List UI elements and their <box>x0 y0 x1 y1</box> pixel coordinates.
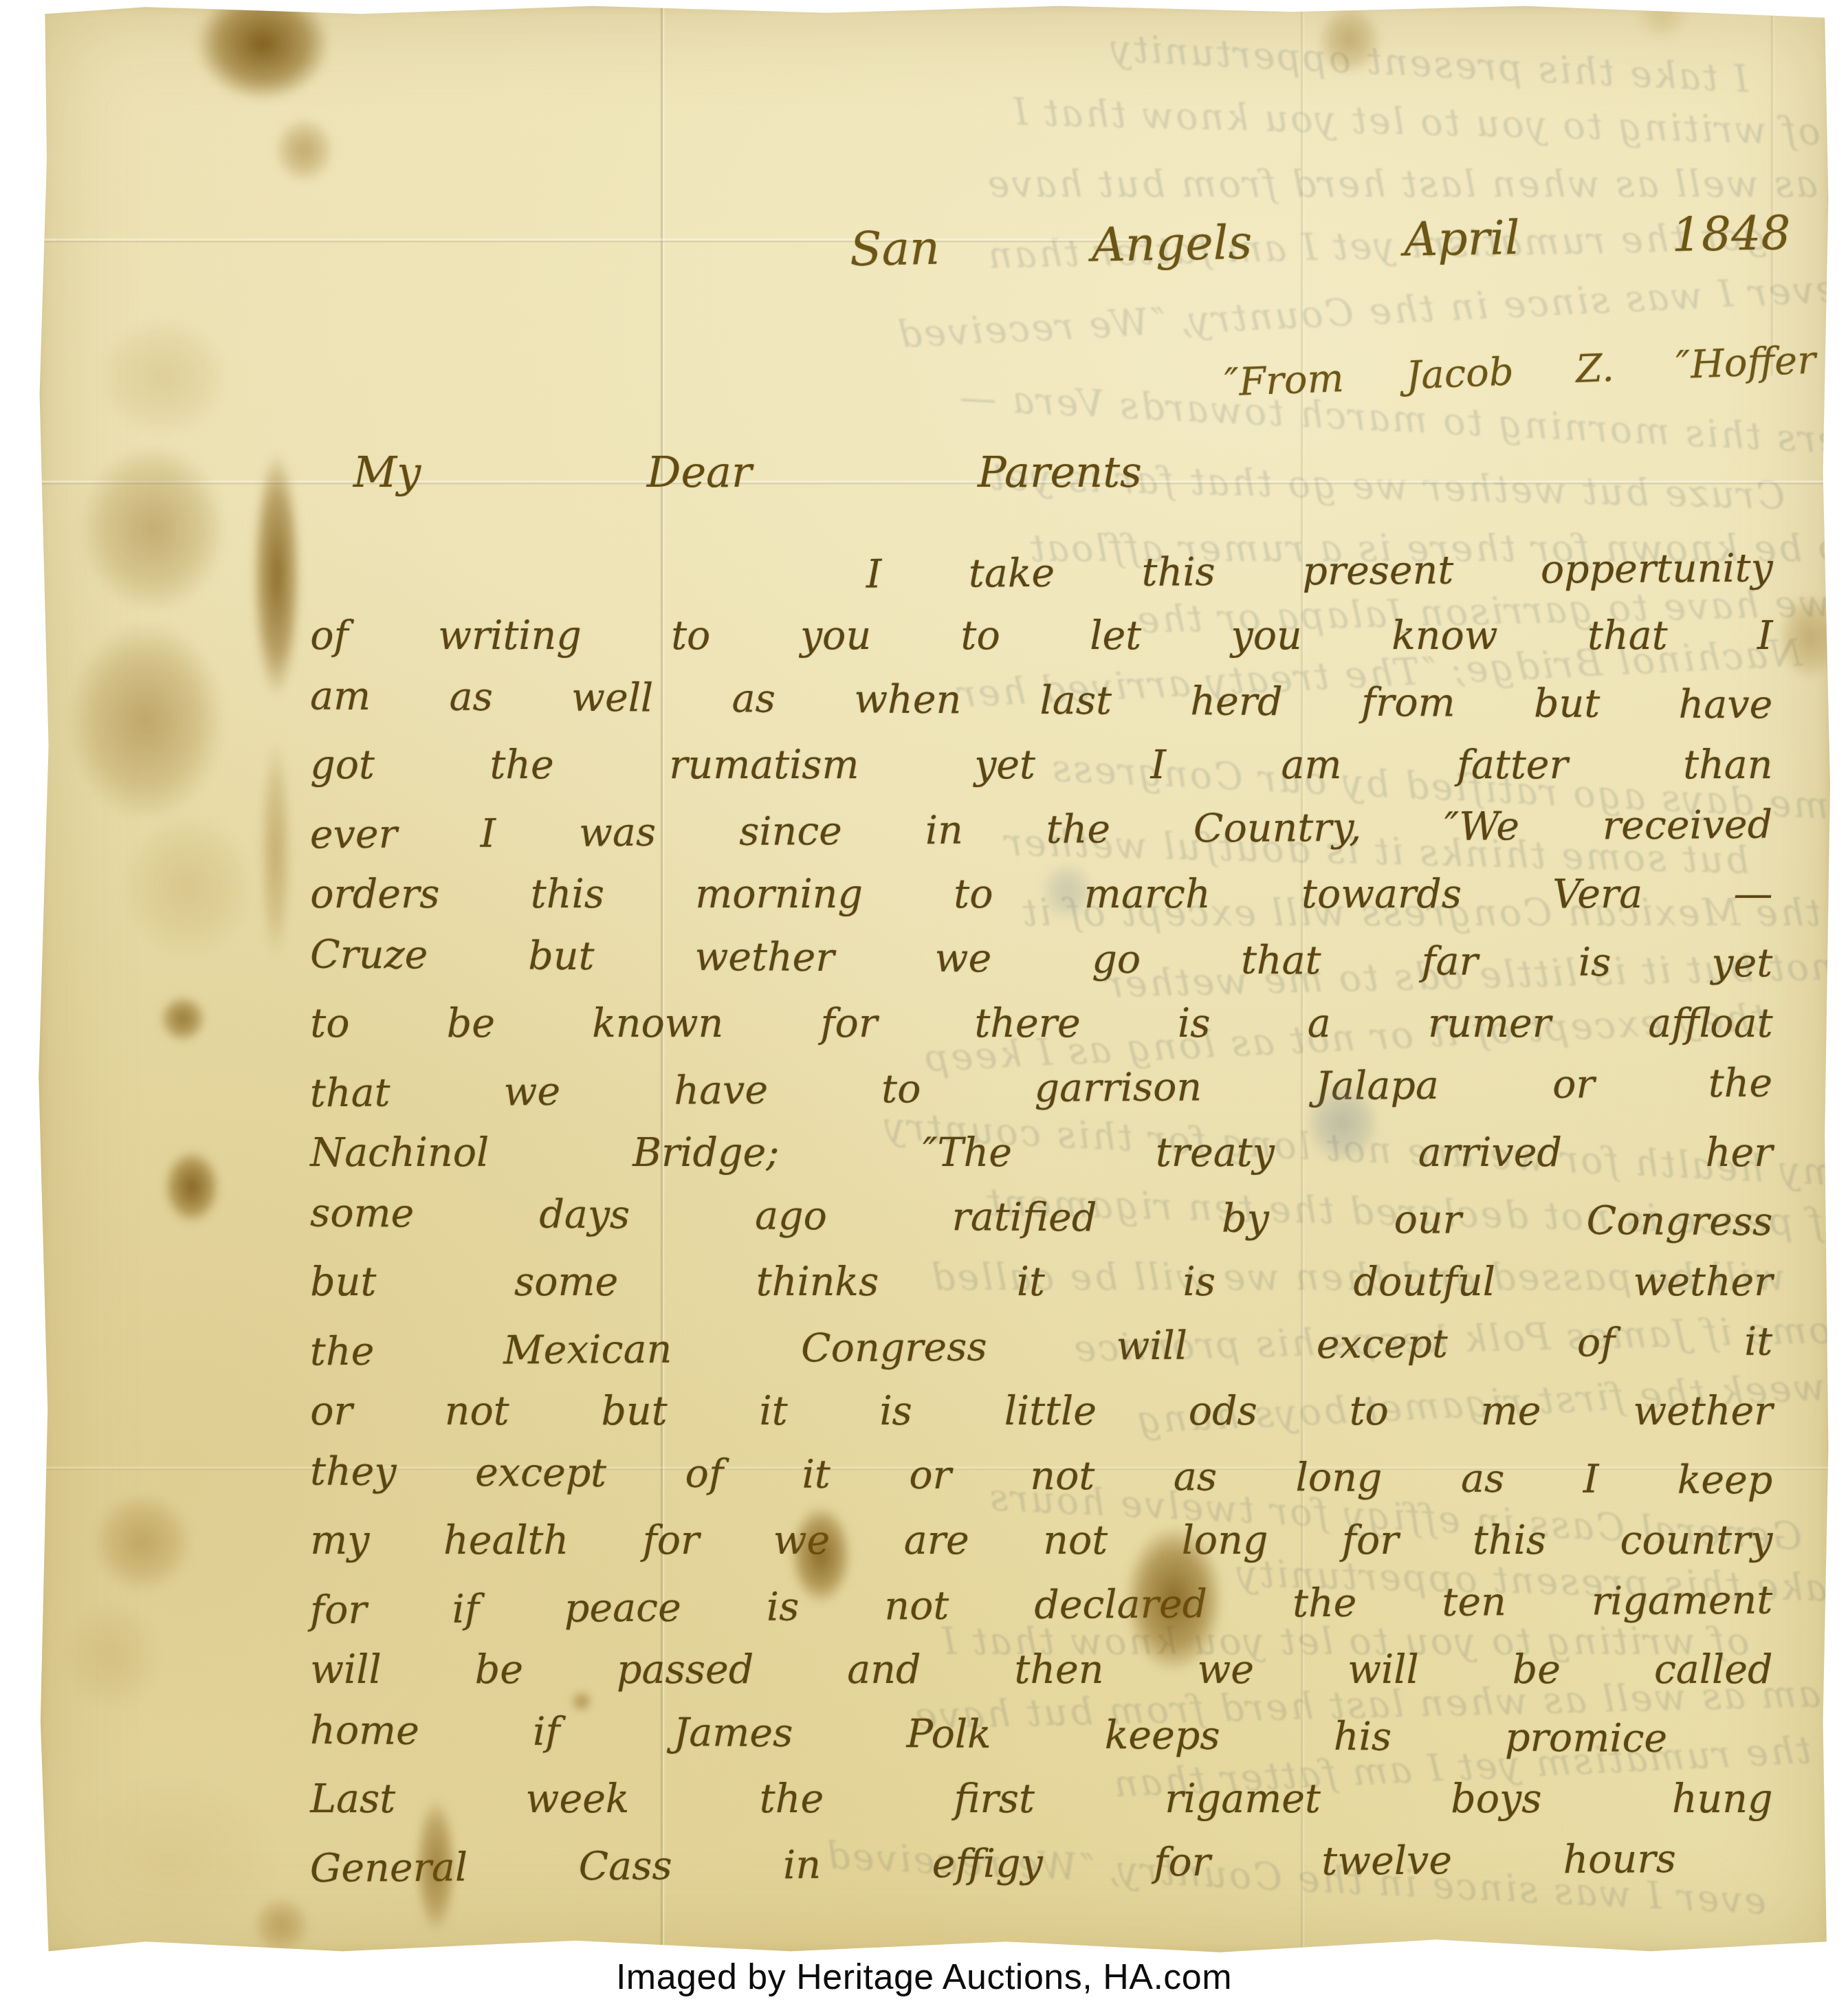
word: not <box>1043 1518 1108 1563</box>
word: some <box>514 1259 618 1305</box>
word: received <box>1603 802 1773 849</box>
word: home <box>310 1708 419 1754</box>
word: our <box>1394 1197 1462 1243</box>
word: we <box>935 936 992 982</box>
word: Parents <box>978 447 1142 497</box>
word: ″The <box>923 1130 1012 1176</box>
word: or <box>1552 1061 1595 1107</box>
word: General <box>310 1845 468 1891</box>
word: this <box>1141 549 1215 595</box>
word: passed <box>617 1647 753 1693</box>
letter-line: GeneralCassineffigyfortwelvehours <box>310 1836 1677 1911</box>
letter-line: ordersthismorningtomarchtowardsVera— <box>310 872 1772 936</box>
word: there <box>974 1001 1080 1046</box>
word: have <box>674 1068 768 1114</box>
word: since <box>739 808 842 855</box>
word: take <box>968 551 1055 597</box>
dateline-year: 1848 <box>1671 206 1791 263</box>
letter-line: Itakethispresentoppertunity <box>866 545 1773 616</box>
word: first <box>954 1776 1034 1822</box>
word: keep <box>1677 1457 1773 1504</box>
word: I <box>866 551 881 597</box>
auction-house-caption: Imaged by Heritage Auctions, HA.com <box>0 1957 1848 1998</box>
word: are <box>904 1518 969 1563</box>
word: called <box>1654 1647 1773 1693</box>
word: towards <box>1301 872 1462 917</box>
salutation: MyDearParents <box>353 447 1142 497</box>
letter-paper: I take this present oppertunityof writin… <box>38 4 1830 1955</box>
word: Vera <box>1552 872 1642 917</box>
word: Polk <box>907 1711 992 1757</box>
word: as <box>450 674 494 720</box>
word: wether <box>1633 1259 1772 1305</box>
word: ods <box>1189 1389 1257 1434</box>
letter-line: ofwritingtoyoutoletyouknowthatI <box>310 613 1772 678</box>
word: of <box>310 613 348 659</box>
word: declared <box>1034 1581 1207 1628</box>
word: except <box>475 1450 606 1496</box>
word: thinks <box>756 1259 879 1305</box>
word: country <box>1620 1518 1773 1563</box>
scan-stage: I take this present oppertunityof writin… <box>0 0 1848 2004</box>
word: this <box>531 872 604 917</box>
word: be <box>1512 1647 1561 1693</box>
word: ten <box>1442 1579 1506 1625</box>
word: Bridge; <box>632 1130 779 1176</box>
word: be <box>475 1647 523 1693</box>
letter-body: Itakethispresentoppertunityofwritingtoyo… <box>310 549 1772 1906</box>
word: as <box>732 676 776 721</box>
word: that <box>310 1070 390 1116</box>
word: effigy <box>932 1840 1044 1886</box>
word: health <box>443 1518 569 1563</box>
word: far <box>1422 938 1479 984</box>
letter-line: Cruzebutwetherwegothatfarisyet <box>310 932 1773 1006</box>
word: hung <box>1672 1776 1773 1822</box>
word: Cass <box>579 1843 673 1889</box>
word: yet <box>974 742 1035 788</box>
word: Z. <box>1575 346 1615 392</box>
letter-line: butsomethinksitisdoutfulwether <box>310 1259 1772 1324</box>
from-line: ″FromJacobZ.″Hoffer <box>1224 338 1816 406</box>
word: to <box>954 872 993 917</box>
word: to <box>310 1001 349 1046</box>
word: but <box>601 1389 667 1434</box>
word: present <box>1302 548 1454 595</box>
word: wether <box>695 934 835 980</box>
word: morning <box>695 872 863 917</box>
word: days <box>539 1192 630 1238</box>
word: Cruze <box>310 932 428 978</box>
word: his <box>1334 1714 1392 1760</box>
word: Congress <box>1587 1198 1773 1245</box>
word: the <box>760 1776 824 1822</box>
word: I <box>1757 613 1773 659</box>
word: ″From <box>1224 356 1345 406</box>
word: let <box>1090 613 1141 659</box>
word: for <box>310 1587 367 1633</box>
word: rigament <box>1592 1578 1773 1625</box>
word: will <box>1347 1647 1418 1693</box>
word: is <box>1178 1001 1210 1046</box>
letter-line: tobeknownforthereisarumeraffloat <box>310 1001 1772 1066</box>
dateline-place2: Angels <box>1091 216 1253 273</box>
letter-line: thatwehavetogarrisonJalapaorthe <box>310 1061 1773 1136</box>
word: got <box>310 742 375 788</box>
word: my <box>310 1518 369 1563</box>
word: Country, <box>1193 805 1362 852</box>
word: long <box>1296 1455 1383 1501</box>
letter-line: everIwassinceintheCountry,″Wereceived <box>310 802 1773 877</box>
word: the <box>1292 1581 1357 1627</box>
word: Congress <box>801 1325 987 1372</box>
word: to <box>1350 1389 1389 1434</box>
word: Mexican <box>503 1327 672 1374</box>
word: go <box>1092 936 1141 982</box>
word: ratified <box>952 1194 1097 1240</box>
dateline-month: April <box>1403 211 1520 267</box>
word: little <box>1004 1389 1097 1434</box>
word: the <box>310 1329 375 1375</box>
word: is <box>1578 940 1611 985</box>
word: in <box>925 808 963 853</box>
word: am <box>1281 742 1341 788</box>
word: when <box>854 676 961 723</box>
word: for <box>1154 1840 1211 1886</box>
letter-line: somedaysagoratifiedbyourCongress <box>310 1191 1773 1264</box>
letter-line: myhealthforwearenotlongforthiscountry <box>310 1518 1772 1583</box>
word: will <box>310 1647 381 1693</box>
word: peace <box>564 1585 681 1631</box>
word: ago <box>755 1193 827 1239</box>
word: rumatism <box>669 742 859 788</box>
word: this <box>1473 1518 1546 1563</box>
word: march <box>1084 872 1211 917</box>
word: last <box>1040 678 1112 724</box>
word: fatter <box>1457 742 1568 788</box>
word: not <box>1031 1453 1095 1499</box>
word: Jacob <box>1405 349 1515 398</box>
letter-line: Lastweekthefirstrigametboyshung <box>310 1776 1772 1841</box>
word: we <box>773 1518 830 1563</box>
word: boys <box>1451 1776 1541 1822</box>
word: not <box>884 1583 949 1629</box>
word: for <box>821 1001 878 1046</box>
word: in <box>783 1842 821 1888</box>
letter-line: NachinolBridge;″Thetreatyarrivedher <box>310 1130 1772 1195</box>
word: the <box>1708 1061 1773 1107</box>
word: than <box>1683 742 1772 788</box>
word: from <box>1361 680 1455 726</box>
word: James <box>674 1710 793 1756</box>
word: ″Hoffer <box>1675 338 1816 388</box>
word: or <box>310 1389 353 1434</box>
word: that <box>1587 613 1668 659</box>
letter-line: forifpeaceisnotdeclaredthetenrigament <box>310 1578 1773 1653</box>
word: by <box>1222 1196 1269 1242</box>
word: as <box>1461 1456 1505 1501</box>
word: that <box>1241 938 1321 984</box>
word: but <box>1534 681 1600 727</box>
word: week <box>526 1776 630 1822</box>
word: herd <box>1190 679 1283 725</box>
word: is <box>1182 1259 1215 1305</box>
word: or <box>909 1453 951 1498</box>
dateline: San Angels April 1848 <box>849 206 1791 277</box>
word: My <box>353 447 421 497</box>
word: and <box>847 1647 921 1693</box>
letter-line: homeifJamesPolkkeepshispromice <box>310 1708 1668 1781</box>
word: long <box>1182 1518 1268 1563</box>
word: to <box>671 613 710 659</box>
word: some <box>310 1191 415 1237</box>
word: be <box>447 1001 495 1046</box>
word: rumer <box>1428 1001 1551 1046</box>
word: affloat <box>1648 1001 1772 1046</box>
word: well <box>571 675 653 721</box>
word: you <box>1231 613 1302 659</box>
word: I <box>1583 1457 1599 1502</box>
word: they <box>310 1449 397 1495</box>
ink-layer: San Angels April 1848 ″FromJacobZ.″Hoffe… <box>38 4 1830 1955</box>
word: not <box>445 1389 509 1434</box>
word: you <box>800 613 871 659</box>
letter-line: ornotbutitislittleodstomewether <box>310 1389 1772 1453</box>
word: but <box>529 933 595 979</box>
word: garrison <box>1035 1064 1202 1111</box>
word: wether <box>1633 1389 1772 1434</box>
word: ″We <box>1444 804 1519 850</box>
dateline-place: San <box>849 221 940 277</box>
word: it <box>1017 1259 1045 1305</box>
word: I <box>1150 742 1166 788</box>
word: is <box>879 1389 912 1434</box>
word: it <box>802 1452 831 1497</box>
word: if <box>533 1709 560 1754</box>
word: the <box>489 742 553 788</box>
word: Jalapa <box>1315 1063 1439 1109</box>
word: oppertunity <box>1540 545 1772 592</box>
word: for <box>1342 1518 1399 1563</box>
word: ever <box>310 812 397 858</box>
letter-line: theyexceptofitornotaslongasIkeep <box>310 1449 1773 1523</box>
word: yet <box>1711 940 1772 987</box>
word: me <box>1481 1389 1541 1434</box>
word: rigamet <box>1165 1776 1321 1822</box>
word: will <box>1116 1323 1188 1369</box>
letter-line: amaswellaswhenlastherdfrombuthave <box>310 674 1773 747</box>
word: then <box>1014 1647 1103 1693</box>
word: is <box>767 1584 800 1629</box>
word: as <box>1174 1454 1218 1499</box>
word: I <box>481 811 496 857</box>
word: of <box>1577 1320 1616 1365</box>
letter-line: gottherumatismyetIamfatterthan <box>310 742 1772 807</box>
word: was <box>579 810 656 856</box>
word: doutful <box>1353 1259 1495 1305</box>
letter-line: theMexicanCongresswillexceptofit <box>310 1319 1773 1394</box>
word: to <box>961 613 1000 659</box>
word: arrived <box>1418 1130 1562 1176</box>
word: Dear <box>647 447 752 497</box>
word: keeps <box>1105 1713 1220 1759</box>
word: if <box>452 1587 480 1632</box>
word: for <box>643 1518 700 1563</box>
word: her <box>1706 1130 1773 1176</box>
word: hours <box>1563 1836 1677 1882</box>
word: we <box>504 1069 561 1115</box>
word: a <box>1308 1001 1331 1046</box>
word: of <box>685 1451 724 1497</box>
word: Nachinol <box>310 1130 489 1176</box>
word: have <box>1679 682 1773 728</box>
word: but <box>310 1259 376 1305</box>
word: orders <box>310 872 439 917</box>
word: known <box>592 1001 723 1046</box>
word: it <box>759 1389 787 1434</box>
word: writing <box>438 613 582 659</box>
word: Last <box>310 1776 395 1822</box>
word: the <box>1046 806 1111 852</box>
word: except <box>1317 1321 1448 1367</box>
word: know <box>1391 613 1497 659</box>
word: promice <box>1505 1715 1667 1761</box>
word: we <box>1198 1647 1255 1693</box>
word: twelve <box>1321 1838 1452 1884</box>
word: it <box>1744 1319 1773 1365</box>
word: — <box>1734 872 1773 917</box>
letter-line: willbepassedandthenwewillbecalled <box>310 1647 1772 1712</box>
word: treaty <box>1156 1130 1275 1176</box>
word: am <box>310 674 371 720</box>
word: to <box>881 1066 921 1112</box>
